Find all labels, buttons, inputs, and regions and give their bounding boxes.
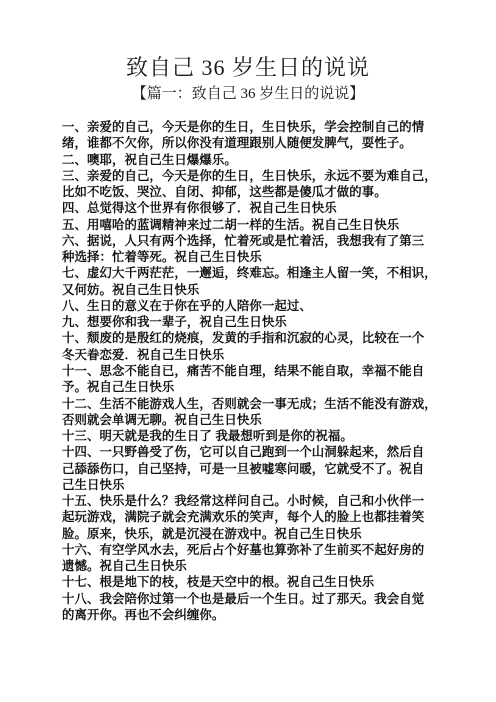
page-title: 致自己 36 岁生日的说说 [0,54,496,81]
body-line: 己舔舔伤口，自己坚持，可是一旦被嘘寒问暖，它就受不了。祝自 [62,461,438,477]
body-line: 己生日快乐 [62,477,438,493]
body-line: 否则就会单调无聊。祝自己生日快乐 [62,412,438,428]
body-line: 十二、生活不能游戏人生，否则就会一事无成；生活不能没有游戏， [62,396,438,412]
body-line: 绪，谁都不欠你，所以你没有道理跟别人随便发脾气，耍性子。 [62,135,438,151]
body-line: 种选择：忙着等死。祝自己生日快乐 [62,249,438,265]
body-line: 六、据说，人只有两个选择，忙着死或是忙着活，我想我有了第三 [62,233,438,249]
body-line: 比如不吃饭、哭泣、自闭、抑郁，这些都是傻瓜才做的事。 [62,184,438,200]
body-line: 十一、思念不能自已，痛苦不能自理，结果不能自取，幸福不能自 [62,363,438,379]
body-line: 九、想要你和我一辈子，祝自己生日快乐 [62,314,438,330]
body-line: 二、噢耶，祝自己生日爆爆乐。 [62,152,438,168]
body-line: 五、用嘻哈的蓝调精神来过二胡一样的生活。祝自己生日快乐 [62,217,438,233]
body-line: 十七、根是地下的枝，枝是天空中的根。祝自己生日快乐 [62,574,438,590]
body-line: 一、亲爱的自己，今天是你的生日，生日快乐，学会控制自己的情 [62,119,438,135]
body-line: 起玩游戏，满院子就会充满欢乐的笑声，每个人的脸上也都挂着笑 [62,509,438,525]
body-line: 四、总觉得这个世界有你很够了．祝自己生日快乐 [62,200,438,216]
body-line: 脸。原来，快乐，就是沉浸在游戏中。祝自己生日快乐 [62,526,438,542]
body-line: 十三、明天就是我的生日了 我最想听到是你的祝福。 [62,428,438,444]
body-line: 十四、一只野兽受了伤，它可以自己跑到一个山洞躲起来，然后自 [62,444,438,460]
body-line: 十八、我会陪你过第一个也是最后一个生日。过了那天。我会自觉 [62,591,438,607]
body-line: 又何妨。祝自己生日快乐 [62,282,438,298]
body-line: 三、亲爱的自己，今天是你的生日，生日快乐，永远不要为难自己， [62,168,438,184]
body-line: 冬天眷恋爱．祝自己生日快乐 [62,347,438,363]
body-line: 十五、快乐是什么？我经常这样问自己。小时候，自己和小伙伴一 [62,493,438,509]
body-text: 一、亲爱的自己，今天是你的生日，生日快乐，学会控制自己的情绪，谁都不欠你，所以你… [62,119,438,623]
document-page: 致自己 36 岁生日的说说 【篇一：致自己 36 岁生日的说说】 一、亲爱的自己… [0,0,496,702]
section-heading: 【篇一：致自己 36 岁生日的说说】 [0,85,496,104]
body-line: 十六、有空学风水去，死后占个好墓也算弥补了生前买不起好房的 [62,542,438,558]
body-line: 七、虚幻大千两茫茫，一邂逅，终难忘。相逢主人留一笑，不相识， [62,265,438,281]
body-line: 八、生日的意义在于你在乎的人陪你一起过、 [62,298,438,314]
body-line: 的离开你。再也不会纠缠你。 [62,607,438,623]
body-line: 予。祝自己生日快乐 [62,379,438,395]
body-line: 遗憾。祝自己生日快乐 [62,558,438,574]
body-line: 十、颓废的是殷红的烧痕，发黄的手指和沉寂的心灵，比较在一个 [62,330,438,346]
